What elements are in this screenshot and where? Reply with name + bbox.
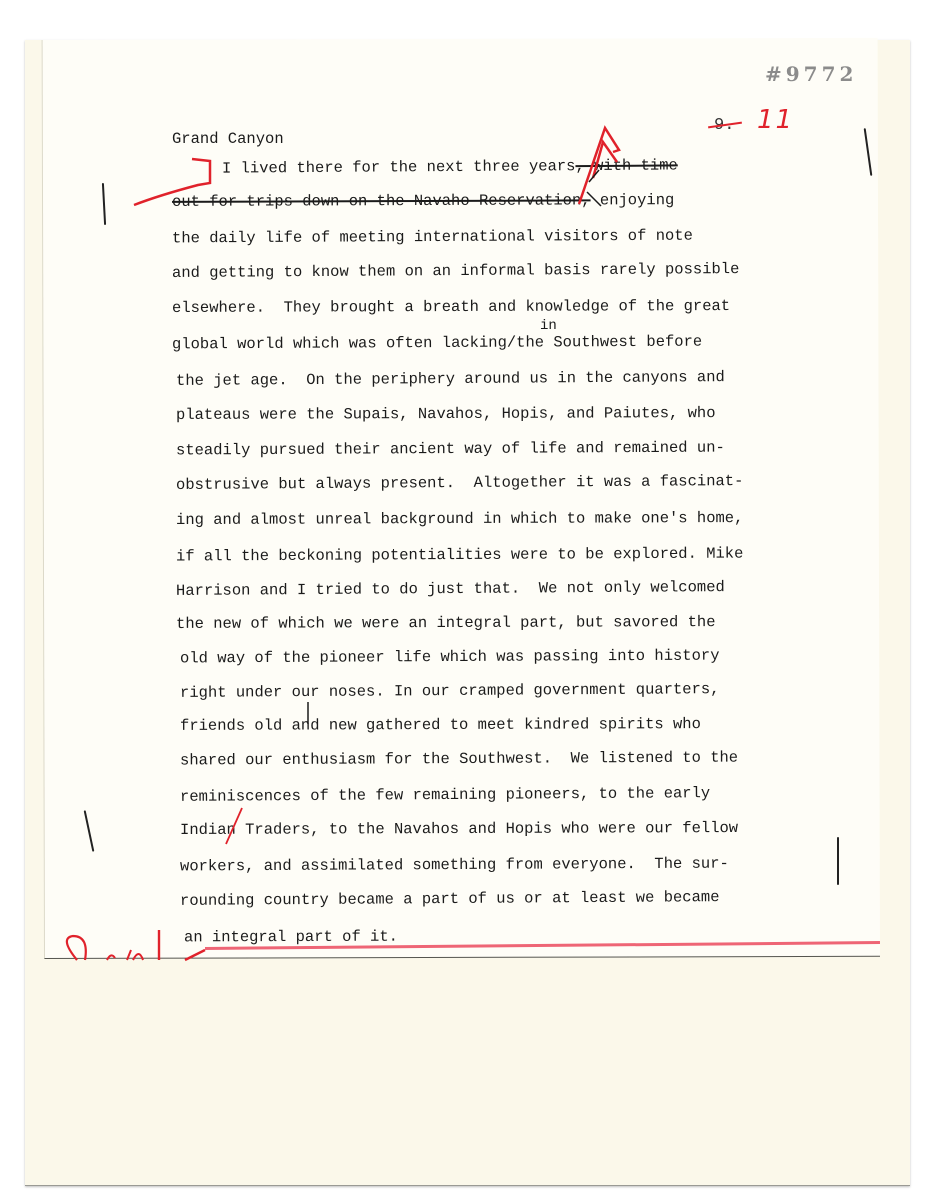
line-text: the new of which we were an integral par…	[176, 613, 716, 633]
document-title: Grand Canyon	[172, 130, 284, 148]
line-text: shared our enthusiasm for the Southwest.…	[180, 749, 738, 770]
margin-handwriting	[55, 930, 215, 962]
page-number-corrected: 11	[757, 105, 794, 135]
body-line: if all the beckoning potentialities were…	[176, 545, 743, 566]
line-text: steadily pursued their ancient way of li…	[176, 439, 725, 460]
line-text: the daily life of meeting international …	[172, 227, 693, 248]
body-line: Harrison and I tried to do just that. We…	[176, 578, 725, 600]
body-line: the jet age. On the periphery around us …	[176, 368, 725, 390]
body-line: rounding country became a part of us or …	[180, 888, 720, 910]
line-text: right under our noses. In our cramped go…	[180, 680, 720, 702]
body-line: global world which was often lacking/the…	[172, 333, 702, 354]
struck-text: out for trips down on the Navaho Reserva…	[172, 191, 591, 210]
line-text: workers, and assimilated something from …	[180, 855, 729, 876]
body-line: shared our enthusiasm for the Southwest.…	[180, 749, 738, 770]
caret-insert-mark	[573, 122, 633, 212]
line-text: the jet age. On the periphery around us …	[176, 368, 725, 390]
line-text: an integral part of it.	[184, 928, 398, 947]
body-line: an integral part of it.	[184, 928, 398, 947]
line-text: Indian Traders, to the Navahos and Hopis…	[180, 819, 738, 839]
line-text: global world which was often lacking/the…	[172, 333, 702, 354]
line-text: rounding country became a part of us or …	[180, 888, 720, 910]
line-text: reminiscences of the few remaining pione…	[180, 784, 710, 806]
staple-right-bottom	[837, 837, 839, 885]
line-text: if all the beckoning potentialities were…	[176, 545, 743, 566]
line-text: plateaus were the Supais, Navahos, Hopis…	[176, 404, 716, 424]
caret-insert-text: in	[540, 318, 557, 334]
body-line: the daily life of meeting international …	[172, 227, 693, 248]
body-line: right under our noses. In our cramped go…	[180, 680, 720, 702]
line-text: I lived there for the next three years	[222, 157, 576, 177]
body-line: workers, and assimilated something from …	[180, 855, 729, 876]
archive-number: #9772	[765, 62, 857, 86]
body-line: Indian Traders, to the Navahos and Hopis…	[180, 819, 738, 839]
body-line: plateaus were the Supais, Navahos, Hopis…	[176, 404, 716, 424]
lowercase-mark	[222, 806, 246, 846]
paragraph-bracket-mark	[130, 155, 220, 215]
line-text: elsewhere. They brought a breath and kno…	[172, 297, 730, 317]
body-line: steadily pursued their ancient way of li…	[176, 439, 725, 460]
line-text: ing and almost unreal background in whic…	[176, 509, 743, 529]
body-line: the new of which we were an integral par…	[176, 613, 716, 633]
body-line: old way of the pioneer life which was pa…	[180, 647, 720, 668]
body-line: elsewhere. They brought a breath and kno…	[172, 297, 730, 317]
body-line: ing and almost unreal background in whic…	[176, 509, 743, 529]
line-text: friends old and new gathered to meet kin…	[180, 715, 701, 735]
kindred-correction-mark	[298, 702, 318, 732]
line-text: old way of the pioneer life which was pa…	[180, 647, 720, 668]
body-line: reminiscences of the few remaining pione…	[180, 784, 710, 806]
line-text: Harrison and I tried to do just that. We…	[176, 578, 725, 600]
body-line: friends old and new gathered to meet kin…	[180, 715, 701, 735]
